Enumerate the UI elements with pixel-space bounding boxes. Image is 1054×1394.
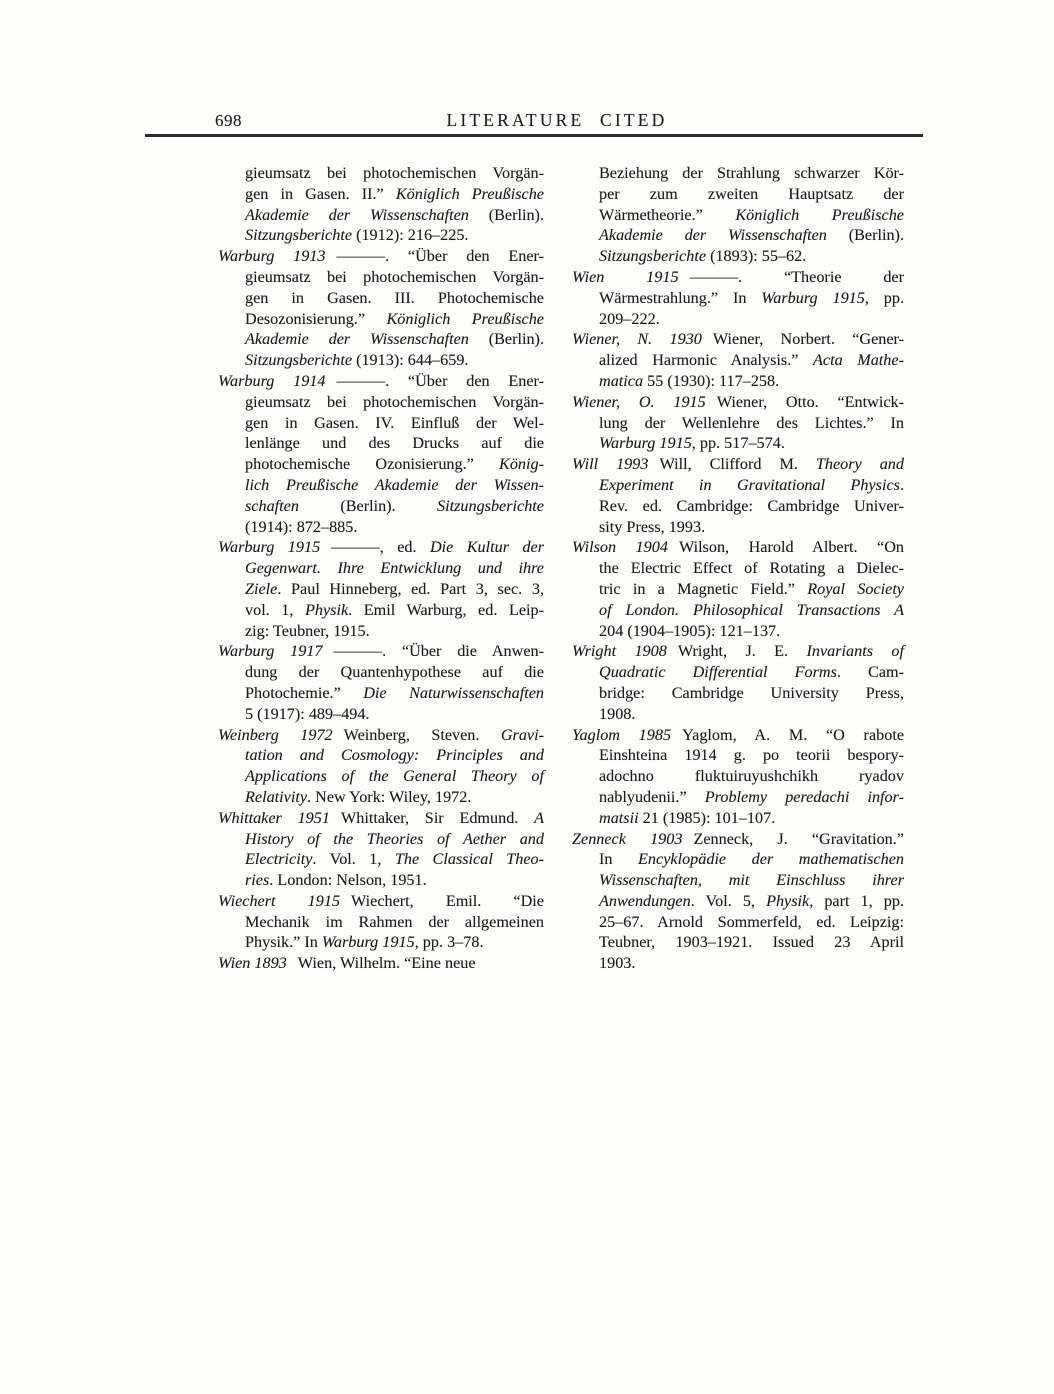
citation-entry: Wiener, O. 1915Wiener, Otto. “Entwick-lu… [572,392,904,454]
citation-italic-text: Warburg 1915 [761,289,865,307]
citation-italic-text: Theory and [816,455,904,473]
citation-text: 21 (1985): 101–107. [639,809,776,827]
citation-line: Zenneck 1903Zenneck, J. “Gravitation.” [572,829,904,850]
citation-key: Yaglom 1985 [572,726,671,744]
citation-text: (1893): 55–62. [706,247,806,265]
bibliography-column-right: Beziehung der Strahlung schwarzer Kör-pe… [572,163,904,974]
citation-italic-text: matsii [599,809,639,827]
book-page: 698 LITERATURE CITED gieumsatz bei photo… [0,0,1054,1394]
citation-italic-text: Quadratic Differential Forms [599,663,837,681]
citation-text: . Emil Warburg, ed. Leip- [348,601,544,619]
citation-key: Wiener, O. 1915 [572,393,706,411]
citation-entry: Warburg 1917———. “Über die Anwen-dung de… [218,641,544,724]
citation-line: zig: Teubner, 1915. [245,621,544,642]
citation-line: (1914): 872–885. [245,517,544,538]
citation-text: ———. “Theorie der [690,268,904,286]
citation-italic-text: Problemy peredachi infor- [705,788,904,806]
citation-italic-text: Die Kultur der [430,538,544,556]
citation-line: Photochemie.” Die Naturwissenschaften [245,683,544,704]
citation-italic-text: Wissenschaften, mit Einschluss ihrer [599,871,904,889]
citation-text: Wärmetheorie.” [599,206,735,224]
citation-text: Wiener, Otto. “Entwick- [717,393,904,411]
citation-text: . Vol. 1, [312,850,394,868]
citation-line: Warburg 1913———. “Über den Ener- [218,246,544,267]
citation-text: (Berlin). [299,497,437,515]
citation-text: bridge: Cambridge University Press, [599,684,904,702]
citation-line: Wright 1908Wright, J. E. Invariants of [572,641,904,662]
citation-line: Mechanik im Rahmen der allgemeinen [245,912,544,933]
citation-text: 55 (1930): 117–258. [643,372,779,390]
citation-text: (Berlin). [469,330,544,348]
citation-text: . [900,476,904,494]
citation-line: 204 (1904–1905): 121–137. [599,621,904,642]
citation-italic-text: Electricity [245,850,312,868]
citation-text: gieumsatz bei photochemischen Vorgän- [245,268,544,286]
citation-italic-text: Sitzungsberichte [245,226,352,244]
citation-text: Wiener, Norbert. “Gener- [713,330,904,348]
citation-text: Mechanik im Rahmen der allgemeinen [245,913,544,931]
citation-line: nablyudenii.” Problemy peredachi infor- [599,787,904,808]
citation-italic-text: Anwendungen [599,892,691,910]
citation-line: 25–67. Arnold Sommerfeld, ed. Leipzig: [599,912,904,933]
citation-italic-text: Königlich Preußische [386,310,544,328]
citation-italic-text: Physik [305,601,348,619]
citation-key: Warburg 1917 [218,642,323,660]
citation-line: photochemische Ozonisierung.” König- [245,454,544,475]
citation-line: In Encyklopädie der mathematischen [599,849,904,870]
citation-key: Warburg 1913 [218,247,326,265]
citation-line: 1908. [599,704,904,725]
citation-text: ———. “Über den Ener- [337,247,544,265]
citation-text: Wiechert, Emil. “Die [351,892,544,910]
citation-line: matsii 21 (1985): 101–107. [599,808,904,829]
citation-text: Wien, Wilhelm. “Eine neue [298,954,476,972]
citation-italic-text: Relativity [245,788,307,806]
citation-italic-text: Akademie der Wissenschaften [599,226,827,244]
citation-entry: Wien 1893Wien, Wilhelm. “Eine neue [218,953,544,974]
citation-entry: Wien 1915———. “Theorie derWärmestrahlung… [572,267,904,329]
citation-text: Beziehung der Strahlung schwarzer Kör- [599,164,904,182]
citation-line: matica 55 (1930): 117–258. [599,371,904,392]
citation-entry: Warburg 1913———. “Über den Ener-gieumsat… [218,246,544,371]
citation-italic-text: schaften [245,497,299,515]
citation-text: 25–67. Arnold Sommerfeld, ed. Leipzig: [599,913,904,931]
citation-line: History of the Theories of Aether and [245,829,544,850]
citation-line: of London. Philosophical Transactions A [599,600,904,621]
citation-italic-text: matica [599,372,643,390]
citation-line: alized Harmonic Analysis.” Acta Mathe- [599,350,904,371]
citation-line: Warburg 1915———, ed. Die Kultur der [218,537,544,558]
citation-entry: Whittaker 1951Whittaker, Sir Edmund. AHi… [218,808,544,891]
citation-text: Will, Clifford M. [659,455,815,473]
citation-line: Wiener, O. 1915Wiener, Otto. “Entwick- [572,392,904,413]
citation-line: dung der Quantenhypothese auf die [245,662,544,683]
citation-text: ———, ed. [331,538,430,556]
citation-text: dung der Quantenhypothese auf die [245,663,544,681]
citation-line: Wärmestrahlung.” In Warburg 1915, pp. [599,288,904,309]
citation-text: Photochemie.” [245,684,363,702]
citation-line: Teubner, 1903–1921. Issued 23 April [599,932,904,953]
citation-line: vol. 1, Physik. Emil Warburg, ed. Leip- [245,600,544,621]
citation-line: bridge: Cambridge University Press, [599,683,904,704]
citation-line: Electricity. Vol. 1, The Classical Theo- [245,849,544,870]
citation-line: gieumsatz bei photochemischen Vorgän- [245,392,544,413]
citation-line: Sitzungsberichte (1913): 644–659. [245,350,544,371]
citation-line: Quadratic Differential Forms. Cam- [599,662,904,683]
citation-line: Whittaker 1951Whittaker, Sir Edmund. A [218,808,544,829]
citation-line: tation and Cosmology: Principles and [245,745,544,766]
citation-line: Beziehung der Strahlung schwarzer Kör- [599,163,904,184]
citation-entry: Beziehung der Strahlung schwarzer Kör-pe… [572,163,904,267]
citation-text: (Berlin). [469,206,544,224]
citation-entry: Yaglom 1985Yaglom, A. M. “O raboteEinsht… [572,725,904,829]
citation-italic-text: Gravi- [501,726,544,744]
citation-italic-text: Königlich Preußische [396,185,544,203]
citation-text: gen in Gasen. IV. Einfluß der Wel- [245,414,544,432]
citation-key: Warburg 1914 [218,372,326,390]
citation-line: Applications of the General Theory of [245,766,544,787]
citation-text: Einshteina 1914 g. po teorii bespory- [599,746,904,764]
citation-key: Weinberg 1972 [218,726,333,744]
citation-text: Wärmestrahlung.” In [599,289,761,307]
citation-key: Warburg 1915 [218,538,320,556]
citation-text: per zum zweiten Hauptsatz der [599,185,904,203]
bibliography-columns: gieumsatz bei photochemischen Vorgän-gen… [218,163,904,974]
citation-line: Rev. ed. Cambridge: Cambridge Univer- [599,496,904,517]
citation-line: Warburg 1915, pp. 517–574. [599,433,904,454]
citation-text: Whittaker, Sir Edmund. [341,809,534,827]
citation-line: the Electric Effect of Rotating a Dielec… [599,558,904,579]
citation-text: alized Harmonic Analysis.” [599,351,813,369]
citation-line: lich Preußische Akademie der Wissen- [245,475,544,496]
citation-key: Wien 1893 [218,954,287,972]
citation-text: (1914): 872–885. [245,518,357,536]
citation-line: Sitzungsberichte (1893): 55–62. [599,246,904,267]
citation-line: gen in Gasen. IV. Einfluß der Wel- [245,413,544,434]
citation-text: Zenneck, J. “Gravitation.” [693,830,904,848]
citation-text: (1912): 216–225. [352,226,468,244]
citation-line: Desozonisierung.” Königlich Preußische [245,309,544,330]
citation-entry: Wright 1908Wright, J. E. Invariants ofQu… [572,641,904,724]
citation-text: , part 1, pp. [809,892,904,910]
citation-line: 1903. [599,953,904,974]
citation-text: (1913): 644–659. [352,351,468,369]
page-header-title: LITERATURE CITED [60,110,1054,131]
citation-line: Will 1993Will, Clifford M. Theory and [572,454,904,475]
bibliography-column-left: gieumsatz bei photochemischen Vorgän-gen… [218,163,544,974]
citation-italic-text: History of the Theories of Aether and [245,830,544,848]
citation-text: gen in Gasen. III. Photochemische [245,289,544,307]
citation-italic-text: Warburg 1915 [322,933,415,951]
citation-line: Wiener, N. 1930Wiener, Norbert. “Gener- [572,329,904,350]
citation-entry: gieumsatz bei photochemischen Vorgän-gen… [218,163,544,246]
citation-text: nablyudenii.” [599,788,705,806]
citation-key: Wilson 1904 [572,538,668,556]
citation-italic-text: A [534,809,544,827]
citation-line: per zum zweiten Hauptsatz der [599,184,904,205]
citation-text: adochno fluktuiruyushchikh ryadov [599,767,904,785]
citation-line: Experiment in Gravitational Physics. [599,475,904,496]
citation-text: lung der Wellenlehre des Lichtes.” In [599,414,904,432]
citation-text: zig: Teubner, 1915. [245,622,370,640]
citation-italic-text: Applications of the General Theory of [245,767,544,785]
citation-line: gieumsatz bei photochemischen Vorgän- [245,267,544,288]
citation-text: Wilson, Harold Albert. “On [679,538,904,556]
citation-line: lung der Wellenlehre des Lichtes.” In [599,413,904,434]
citation-line: gen in Gasen. III. Photochemische [245,288,544,309]
citation-italic-text: Encyklopädie der mathematischen [638,850,904,868]
citation-entry: Will 1993Will, Clifford M. Theory andExp… [572,454,904,537]
citation-line: Yaglom 1985Yaglom, A. M. “O rabote [572,725,904,746]
citation-text: photochemische Ozonisierung.” [245,455,499,473]
citation-italic-text: Akademie der Wissenschaften [245,206,469,224]
citation-italic-text: Königlich Preußische [735,206,904,224]
citation-italic-text: Royal Society [807,580,904,598]
citation-line: Sitzungsberichte (1912): 216–225. [245,225,544,246]
citation-text: (Berlin). [827,226,904,244]
citation-text: gieumsatz bei photochemischen Vorgän- [245,164,544,182]
citation-line: Weinberg 1972Weinberg, Steven. Gravi- [218,725,544,746]
citation-key: Zenneck 1903 [572,830,682,848]
citation-italic-text: ries [245,871,269,889]
citation-text: In [599,850,638,868]
citation-entry: Warburg 1915———, ed. Die Kultur derGegen… [218,537,544,641]
citation-italic-text: Gegenwart. Ihre Entwicklung und ihre [245,559,544,577]
citation-entry: Zenneck 1903Zenneck, J. “Gravitation.”In… [572,829,904,975]
citation-line: Einshteina 1914 g. po teorii bespory- [599,745,904,766]
citation-line: Wilson 1904Wilson, Harold Albert. “On [572,537,904,558]
citation-text: lenlänge und des Drucks auf die [245,434,544,452]
citation-text: Desozonisierung.” [245,310,386,328]
citation-italic-text: Acta Mathe- [813,351,904,369]
citation-line: Akademie der Wissenschaften (Berlin). [245,329,544,350]
header-rule [145,134,923,137]
citation-line: Wiechert 1915Wiechert, Emil. “Die [218,891,544,912]
citation-italic-text: Akademie der Wissenschaften [245,330,469,348]
citation-line: Gegenwart. Ihre Entwicklung und ihre [245,558,544,579]
citation-text: 1908. [599,705,635,723]
citation-italic-text: tation and Cosmology: Principles and [245,746,544,764]
citation-text: Rev. ed. Cambridge: Cambridge Univer- [599,497,904,515]
citation-italic-text: Sitzungsberichte [599,247,706,265]
citation-key: Wright 1908 [572,642,667,660]
citation-line: ries. London: Nelson, 1951. [245,870,544,891]
citation-italic-text: Physik [766,892,809,910]
citation-line: Anwendungen. Vol. 5, Physik, part 1, pp. [599,891,904,912]
citation-text: Teubner, 1903–1921. Issued 23 April [599,933,904,951]
citation-line: Physik.” In Warburg 1915, pp. 3–78. [245,932,544,953]
citation-text: tric in a Magnetic Field.” [599,580,807,598]
citation-text: Weinberg, Steven. [344,726,501,744]
citation-italic-text: Warburg 1915 [599,434,692,452]
citation-text: . London: Nelson, 1951. [269,871,426,889]
citation-entry: Wiechert 1915Wiechert, Emil. “DieMechani… [218,891,544,953]
citation-text: Yaglom, A. M. “O rabote [682,726,904,744]
citation-line: Wien 1893Wien, Wilhelm. “Eine neue [218,953,544,974]
citation-text: 1903. [599,954,635,972]
citation-line: gieumsatz bei photochemischen Vorgän- [245,163,544,184]
citation-key: Wien 1915 [572,268,679,286]
citation-line: 5 (1917): 489–494. [245,704,544,725]
citation-text: . Cam- [837,663,904,681]
citation-text: 204 (1904–1905): 121–137. [599,622,780,640]
citation-text: 209–222. [599,310,660,328]
citation-text: , pp. [865,289,904,307]
citation-text: Physik.” In [245,933,322,951]
citation-line: Ziele. Paul Hinneberg, ed. Part 3, sec. … [245,579,544,600]
citation-entry: Weinberg 1972Weinberg, Steven. Gravi-tat… [218,725,544,808]
citation-text: , pp. 3–78. [415,933,484,951]
citation-text: sity Press, 1993. [599,518,705,536]
citation-line: Relativity. New York: Wiley, 1972. [245,787,544,808]
citation-line: lenlänge und des Drucks auf die [245,433,544,454]
citation-text: ———. “Über die Anwen- [334,642,544,660]
citation-line: sity Press, 1993. [599,517,904,538]
citation-text: gen in Gasen. II.” [245,185,396,203]
citation-entry: Warburg 1914———. “Über den Ener-gieumsat… [218,371,544,537]
citation-text: ———. “Über den Ener- [337,372,544,390]
citation-italic-text: Sitzungsberichte [437,497,544,515]
citation-line: gen in Gasen. II.” Königlich Preußische [245,184,544,205]
citation-line: 209–222. [599,309,904,330]
citation-text: , pp. 517–574. [692,434,785,452]
citation-italic-text: Sitzungsberichte [245,351,352,369]
citation-text: 5 (1917): 489–494. [245,705,370,723]
citation-line: Warburg 1914———. “Über den Ener- [218,371,544,392]
citation-line: schaften (Berlin). Sitzungsberichte [245,496,544,517]
citation-line: Wärmetheorie.” Königlich Preußische [599,205,904,226]
citation-italic-text: lich Preußische Akademie der Wissen- [245,476,544,494]
citation-key: Whittaker 1951 [218,809,330,827]
citation-entry: Wiener, N. 1930Wiener, Norbert. “Gener-a… [572,329,904,391]
citation-line: tric in a Magnetic Field.” Royal Society [599,579,904,600]
citation-line: Wissenschaften, mit Einschluss ihrer [599,870,904,891]
citation-entry: Wilson 1904Wilson, Harold Albert. “Onthe… [572,537,904,641]
citation-italic-text: The Classical Theo- [395,850,544,868]
citation-line: Akademie der Wissenschaften (Berlin). [245,205,544,226]
citation-text: Wright, J. E. [678,642,807,660]
citation-text: . New York: Wiley, 1972. [307,788,471,806]
citation-line: adochno fluktuiruyushchikh ryadov [599,766,904,787]
citation-text: the Electric Effect of Rotating a Dielec… [599,559,904,577]
citation-line: Warburg 1917———. “Über die Anwen- [218,641,544,662]
citation-text: . Vol. 5, [691,892,766,910]
citation-key: Will 1993 [572,455,648,473]
citation-italic-text: Ziele [245,580,277,598]
citation-key: Wiechert 1915 [218,892,340,910]
citation-text: vol. 1, [245,601,305,619]
citation-italic-text: of London. Philosophical Transactions A [599,601,904,619]
citation-text: . Paul Hinneberg, ed. Part 3, sec. 3, [277,580,544,598]
citation-italic-text: Invariants of [806,642,904,660]
citation-italic-text: König- [499,455,544,473]
citation-text: gieumsatz bei photochemischen Vorgän- [245,393,544,411]
citation-line: Akademie der Wissenschaften (Berlin). [599,225,904,246]
citation-italic-text: Experiment in Gravitational Physics [599,476,900,494]
citation-italic-text: Die Naturwissenschaften [363,684,544,702]
citation-line: Wien 1915———. “Theorie der [572,267,904,288]
citation-key: Wiener, N. 1930 [572,330,702,348]
